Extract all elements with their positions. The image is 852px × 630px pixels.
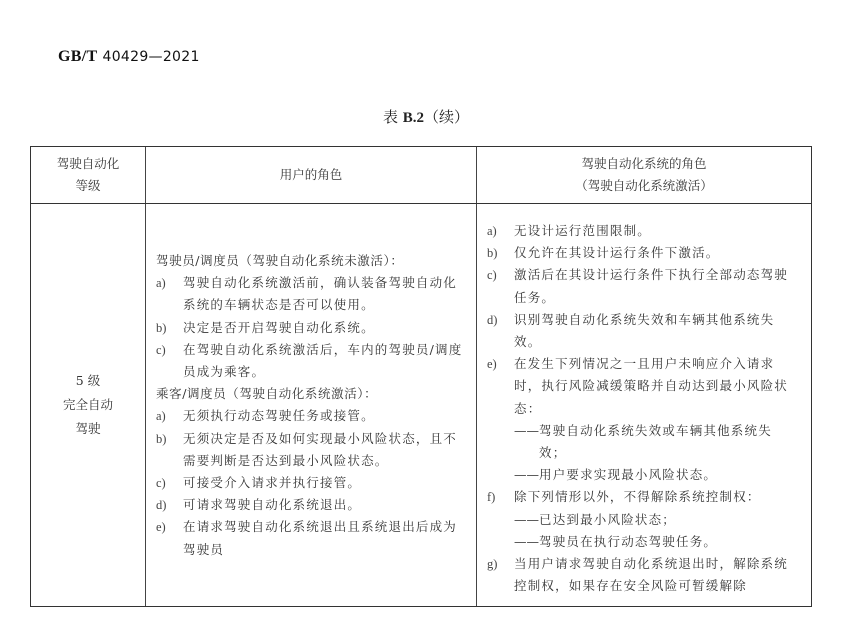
- list-item: d) 识别驾驶自动化系统失效和车辆其他系统失效。: [487, 309, 799, 353]
- item-text: 除下列情形以外，不得解除系统控制权：: [514, 486, 799, 508]
- level-line: 5 级: [76, 369, 100, 393]
- column-header-system-role: 驾驶自动化系统的角色 （驾驶自动化系统激活）: [477, 147, 811, 203]
- system-role-cell: a) 无设计运行范围限制。 b) 仅允许在其设计运行条件下激活。 c) 激活后在…: [487, 220, 799, 597]
- sub-list-item: —— 驾驶员在执行动态驾驶任务。: [487, 531, 799, 553]
- user-role-group-title: 驾驶员/调度员（驾驶自动化系统未激活）：: [156, 250, 466, 272]
- list-item: g) 当用户请求驾驶自动化系统退出时，解除系统控制权，如果存在安全风险可暂缓解除: [487, 553, 799, 597]
- table-title-prefix: 表: [383, 108, 398, 126]
- column-header-system-role-line1: 驾驶自动化系统的角色: [575, 153, 713, 175]
- item-text: 在发生下列情况之一且用户未响应介入请求时，执行风险减缓策略并自动达到最小风险状态…: [514, 353, 799, 420]
- dash-marker: ——: [514, 420, 539, 464]
- item-text: 决定是否开启驾驶自动化系统。: [183, 317, 466, 339]
- list-item: d) 可请求驾驶自动化系统退出。: [156, 494, 466, 516]
- column-header-level-line1: 驾驶自动化: [57, 153, 120, 175]
- item-label: b): [156, 317, 183, 339]
- list-item: c) 在驾驶自动化系统激活后，车内的驾驶员/调度员成为乘客。: [156, 339, 466, 383]
- sub-item-text: 驾驶员在执行动态驾驶任务。: [539, 531, 799, 553]
- item-text: 在请求驾驶自动化系统退出且系统退出后成为驾驶员: [183, 516, 466, 560]
- list-item: c) 激活后在其设计运行条件下执行全部动态驾驶任务。: [487, 264, 799, 308]
- list-item: b) 无须决定是否及如何实现最小风险状态，且不需要判断是否达到最小风险状态。: [156, 428, 466, 472]
- sub-item-text: 已达到最小风险状态；: [539, 509, 799, 531]
- column-header-system-role-line2: （驾驶自动化系统激活）: [575, 175, 713, 197]
- column-header-user-role-text: 用户的角色: [280, 164, 343, 186]
- item-label: d): [156, 494, 183, 516]
- standard-code: GB/T 40429—2021: [58, 47, 200, 66]
- sub-item-text: 用户要求实现最小风险状态。: [539, 464, 799, 486]
- column-header-level-line2: 等级: [57, 175, 120, 197]
- header-divider: [31, 203, 811, 204]
- item-label: e): [156, 516, 183, 560]
- list-item: e) 在请求驾驶自动化系统退出且系统退出后成为驾驶员: [156, 516, 466, 560]
- column-header-level: 驾驶自动化 等级: [31, 147, 145, 203]
- level-line: 驾驶: [75, 417, 100, 441]
- item-label: g): [487, 553, 514, 597]
- sub-item-text: 驾驶自动化系统失效或车辆其他系统失效；: [539, 420, 799, 464]
- automation-role-table: 驾驶自动化 等级 用户的角色 驾驶自动化系统的角色 （驾驶自动化系统激活） 5 …: [30, 146, 812, 607]
- sub-list-item: —— 用户要求实现最小风险状态。: [487, 464, 799, 486]
- column-header-user-role: 用户的角色: [146, 147, 476, 203]
- table-title-suffix: （续）: [424, 108, 469, 126]
- dash-marker: ——: [514, 464, 539, 486]
- item-text: 在驾驶自动化系统激活后，车内的驾驶员/调度员成为乘客。: [183, 339, 466, 383]
- level-cell: 5 级 完全自动 驾驶: [31, 205, 145, 605]
- item-label: a): [156, 405, 183, 427]
- item-text: 仅允许在其设计运行条件下激活。: [514, 242, 799, 264]
- list-item: e) 在发生下列情况之一且用户未响应介入请求时，执行风险减缓策略并自动达到最小风…: [487, 353, 799, 420]
- list-item: c) 可接受介入请求并执行接管。: [156, 472, 466, 494]
- list-item: a) 驾驶自动化系统激活前，确认装备驾驶自动化系统的车辆状态是否可以使用。: [156, 272, 466, 316]
- column-divider: [476, 147, 477, 606]
- item-label: c): [156, 339, 183, 383]
- table-title: 表 B.2（续）: [0, 106, 852, 127]
- list-item: b) 仅允许在其设计运行条件下激活。: [487, 242, 799, 264]
- item-text: 无须执行动态驾驶任务或接管。: [183, 405, 466, 427]
- item-label: d): [487, 309, 514, 353]
- item-label: c): [156, 472, 183, 494]
- list-item: f) 除下列情形以外，不得解除系统控制权：: [487, 486, 799, 508]
- item-text: 可请求驾驶自动化系统退出。: [183, 494, 466, 516]
- level-line: 完全自动: [63, 393, 113, 417]
- item-label: a): [156, 272, 183, 316]
- sub-list-item: —— 驾驶自动化系统失效或车辆其他系统失效；: [487, 420, 799, 464]
- list-item: b) 决定是否开启驾驶自动化系统。: [156, 317, 466, 339]
- user-role-cell: 驾驶员/调度员（驾驶自动化系统未激活）： a) 驾驶自动化系统激活前，确认装备驾…: [156, 250, 466, 561]
- item-text: 无设计运行范围限制。: [514, 220, 799, 242]
- list-item: a) 无须执行动态驾驶任务或接管。: [156, 405, 466, 427]
- standard-prefix: GB/T: [58, 48, 97, 65]
- item-label: e): [487, 353, 514, 420]
- table-title-label: B.2: [403, 110, 424, 126]
- item-label: f): [487, 486, 514, 508]
- dash-marker: ——: [514, 531, 539, 553]
- dash-marker: ——: [514, 509, 539, 531]
- list-item: a) 无设计运行范围限制。: [487, 220, 799, 242]
- item-text: 激活后在其设计运行条件下执行全部动态驾驶任务。: [514, 264, 799, 308]
- item-text: 当用户请求驾驶自动化系统退出时，解除系统控制权，如果存在安全风险可暂缓解除: [514, 553, 799, 597]
- standard-number: 40429—2021: [103, 49, 200, 65]
- item-text: 驾驶自动化系统激活前，确认装备驾驶自动化系统的车辆状态是否可以使用。: [183, 272, 466, 316]
- item-label: a): [487, 220, 514, 242]
- item-label: c): [487, 264, 514, 308]
- column-divider: [145, 147, 146, 606]
- item-label: b): [156, 428, 183, 472]
- item-label: b): [487, 242, 514, 264]
- user-role-group-title: 乘客/调度员（驾驶自动化系统激活）：: [156, 383, 466, 405]
- sub-list-item: —— 已达到最小风险状态；: [487, 509, 799, 531]
- item-text: 可接受介入请求并执行接管。: [183, 472, 466, 494]
- item-text: 无须决定是否及如何实现最小风险状态，且不需要判断是否达到最小风险状态。: [183, 428, 466, 472]
- item-text: 识别驾驶自动化系统失效和车辆其他系统失效。: [514, 309, 799, 353]
